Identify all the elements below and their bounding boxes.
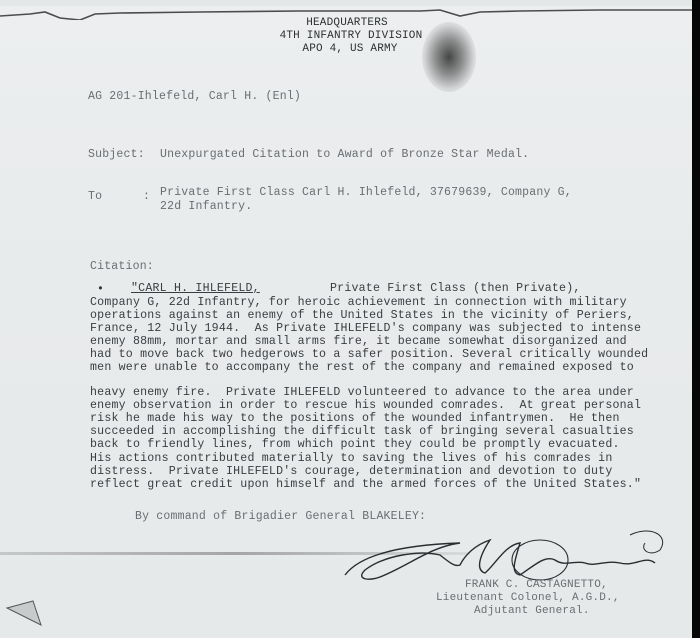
citation-recipient-name: "CARL H. IHLEFELD, (131, 282, 260, 295)
to-recipient-line-2: 22d Infantry. (160, 200, 252, 213)
letterhead-line-2: 4TH INFANTRY DIVISION (266, 30, 436, 43)
citation-line: France, 12 July 1944. As Private IHLEFEL… (90, 322, 641, 335)
to-label: To (88, 190, 102, 203)
to-recipient-line-1: Private First Class Carl H. Ihlefeld, 37… (160, 186, 572, 199)
subject-label: Subject: (88, 148, 145, 161)
folded-corner (5, 600, 45, 630)
citation-line: men were unable to accompany the rest of… (90, 361, 634, 374)
letterhead-line-3: APO 4, US ARMY (290, 43, 410, 56)
citation-line: operations against an enemy of the Unite… (90, 309, 634, 322)
citation-line: succeeded in accomplishing the difficult… (90, 425, 634, 438)
letterhead-line-1: HEADQUARTERS (292, 17, 402, 30)
citation-line: enemy 88mm, mortar and small arms fire, … (90, 335, 627, 348)
citation-line: distress. Private IHLEFELD's courage, de… (90, 465, 613, 478)
citation-line: heavy enemy fire. Private IHLEFELD volun… (90, 386, 634, 399)
citation-line: risk he made his way to the positions of… (90, 412, 620, 425)
citation-line: enemy observation in order to rescue his… (90, 399, 641, 412)
to-colon: : (143, 190, 150, 203)
reference-number: AG 201-Ihlefeld, Carl H. (Enl) (88, 90, 301, 103)
closing-authority: By command of Brigadier General BLAKELEY… (135, 510, 426, 523)
citation-line: Company G, 22d Infantry, for heroic achi… (90, 296, 627, 309)
scan-border (692, 0, 700, 638)
signer-name: FRANK C. CASTAGNETTO, (465, 579, 608, 591)
citation-line: reflect great credit upon himself and th… (90, 478, 641, 491)
citation-rank: Private First Class (then Private), (330, 282, 581, 295)
citation-label: Citation: (90, 260, 154, 273)
citation-line: had to move back two hedgerows to a safe… (90, 348, 648, 361)
signer-title-line-2: Adjutant General. (474, 605, 590, 617)
citation-line: back to friendly lines, from which point… (90, 438, 620, 451)
citation-line: His actions contributed materially to sa… (90, 452, 613, 465)
subject-value: Unexpurgated Citation to Award of Bronze… (160, 148, 529, 161)
bullet: • (97, 283, 104, 296)
signer-title-line-1: Lieutenant Colonel, A.G.D., (436, 592, 620, 604)
